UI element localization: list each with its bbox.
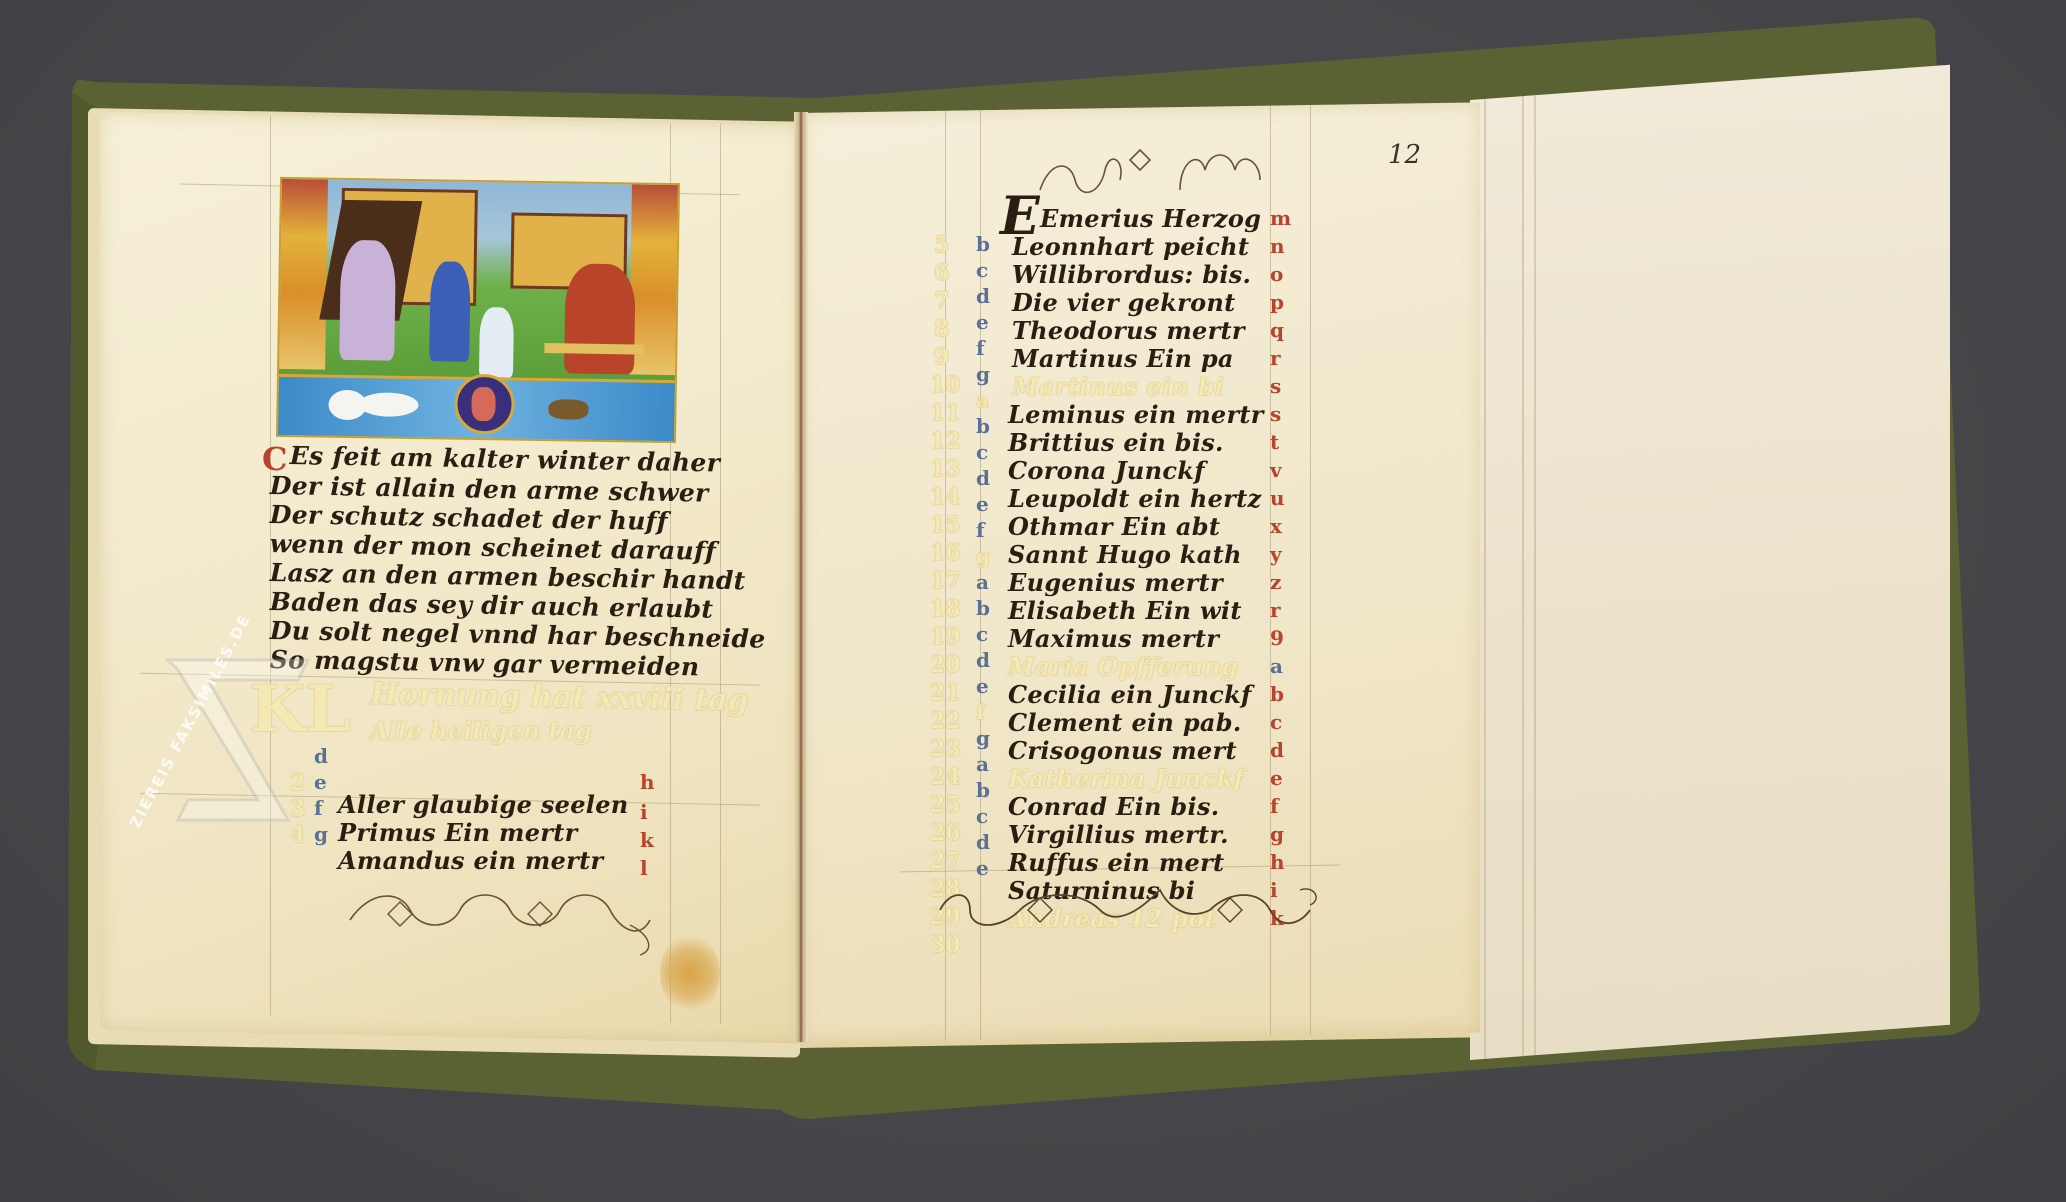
dominical-letter: c [976, 258, 988, 282]
day-numeral: 22 [930, 708, 961, 734]
rubric-letter: n [1270, 234, 1285, 258]
day-numeral: 26 [930, 820, 961, 846]
dominical-letter: d [976, 830, 990, 854]
winter-miniature-illustration [276, 177, 680, 443]
gold-month-heading: Hornung hat xxviii tag [370, 677, 749, 719]
dominical-letter: d [976, 284, 990, 308]
rubric-letter: a [1270, 654, 1283, 678]
calendar-entry: Willibrordus: bis. [1012, 260, 1251, 289]
dominical-letter: b [976, 232, 990, 256]
calendar-entry-gold: Martinus ein bi [1012, 372, 1224, 401]
dominical-letter: f [976, 700, 985, 724]
day-numeral: 9 [934, 344, 949, 370]
rubric-letter: s [1270, 402, 1281, 426]
old-woman-figure [339, 240, 396, 361]
dominical-letter: d [976, 466, 990, 490]
book-gutter [794, 112, 808, 1042]
lion-figure [548, 399, 588, 420]
rubric-letter: v [1270, 458, 1282, 482]
rubric-letter: r [1270, 346, 1281, 370]
calendar-entry: Cecilia ein Junckf [1008, 680, 1252, 709]
calendar-entry: Sannt Hugo kath [1008, 540, 1242, 569]
day-numeral: 5 [934, 232, 949, 258]
rubric-letter: o [1270, 262, 1283, 286]
rubric-letter: i [640, 800, 648, 824]
calendar-entry: Conrad Ein bis. [1008, 792, 1219, 821]
day-numeral: 18 [930, 596, 961, 622]
dominical-letter: b [976, 414, 990, 438]
dominical-letter: g [976, 726, 990, 750]
ornamental-border-left [279, 179, 328, 370]
rubric-letter: f [1270, 794, 1279, 818]
calendar-entry: Martinus Ein pa [1012, 344, 1234, 373]
dominical-letter: a [976, 388, 989, 412]
gold-feast-heading: Alle heiligen tag [370, 716, 592, 745]
rubric-letter: g [1270, 822, 1284, 846]
rubric-letter: 9 [1270, 626, 1284, 650]
rubric-letter: l [640, 856, 648, 880]
calendar-entry: Corona Junckf [1008, 456, 1205, 485]
dominical-letter: c [976, 804, 988, 828]
dominical-letter: a [976, 570, 989, 594]
day-numeral: 10 [930, 372, 961, 398]
day-numeral: 20 [930, 652, 961, 678]
calendar-entry: Amandus ein mertr [338, 846, 603, 875]
rubric-letter: r [1270, 598, 1281, 622]
rubric-letter: z [1270, 570, 1281, 594]
pen-flourish-header [1030, 140, 1270, 210]
rubric-letter: b [1270, 682, 1284, 706]
calendar-entry: Aller glaubige seelen [338, 790, 629, 819]
day-numeral: 15 [930, 512, 961, 538]
rubric-letter: h [640, 770, 655, 794]
calendar-entry: Emerius Herzog [1040, 204, 1261, 233]
folio-number: 12 [1388, 140, 1421, 170]
rubric-letter: t [1270, 430, 1279, 454]
pen-flourish-ornament [930, 870, 1330, 940]
day-numeral: 7 [934, 288, 949, 314]
calendar-entry: Elisabeth Ein wit [1008, 596, 1242, 625]
day-numeral: 13 [930, 456, 961, 482]
toddler-figure [479, 307, 514, 378]
day-numeral: 14 [930, 484, 961, 510]
rubric-letter: m [1270, 206, 1291, 230]
calendar-entry: Brittius ein bis. [1008, 428, 1224, 457]
calendar-entry: Leonnhart peicht [1012, 232, 1249, 261]
woman-in-red-figure [564, 263, 636, 374]
dominical-letter: a [976, 752, 989, 776]
day-numeral: 6 [934, 260, 949, 286]
rubric-letter: p [1270, 290, 1284, 314]
day-numeral: 11 [930, 400, 961, 426]
day-numeral: 16 [930, 540, 961, 566]
rubric-letter: k [640, 828, 654, 852]
calendar-entry-gold: Maria Opfferung [1008, 652, 1238, 681]
rubric-letter: d [1270, 738, 1284, 762]
dominical-letter: g [976, 544, 990, 568]
rubric-letter: y [1270, 542, 1282, 566]
day-numeral: 24 [930, 764, 961, 790]
calendar-entry: Leminus ein mertr [1008, 400, 1264, 429]
dominical-letter: d [976, 648, 990, 672]
dominical-letter: c [976, 440, 988, 464]
rubric-letter: e [1270, 766, 1283, 790]
calendar-entry-gold: Katherina Junckf [1008, 764, 1244, 793]
dominical-letter: c [976, 622, 988, 646]
calendar-entry: Othmar Ein abt [1008, 512, 1220, 541]
calendar-entry: Maximus mertr [1008, 624, 1219, 653]
rubric-letter: u [1270, 486, 1285, 510]
day-numeral: 19 [930, 624, 961, 650]
dominical-letter: e [976, 674, 989, 698]
day-numeral: 8 [934, 316, 949, 342]
child-figure [429, 261, 471, 362]
fold-out-blank-leaf [1470, 65, 1950, 1060]
day-numeral: 21 [930, 680, 961, 706]
rubric-letter: c [1270, 710, 1282, 734]
calendar-entry: Die vier gekront [1012, 288, 1236, 317]
calendar-entry: Virgillius mertr. [1008, 820, 1229, 849]
dominical-letter: b [976, 596, 990, 620]
dominical-letter: f [976, 518, 985, 542]
calendar-entry: Crisogonus mert [1008, 736, 1237, 765]
dominical-letter: g [976, 362, 990, 386]
day-numeral: 17 [930, 568, 961, 594]
dominical-letter: f [976, 336, 985, 360]
work-bench [544, 343, 644, 355]
calendar-entry: Leupoldt ein hertz [1008, 484, 1261, 513]
pen-flourish-ornament [340, 880, 670, 960]
calendar-entry: Eugenius mertr [1008, 568, 1223, 597]
rubric-letter: q [1270, 318, 1284, 342]
dominical-letter: e [976, 310, 989, 334]
rubric-letter: s [1270, 374, 1281, 398]
day-numeral: 12 [930, 428, 961, 454]
calendar-entry: Clement ein pab. [1008, 708, 1242, 737]
day-numeral: 23 [930, 736, 961, 762]
calendar-entry: Primus Ein mertr [338, 818, 578, 847]
dominical-letter: e [976, 492, 989, 516]
day-numeral: 25 [930, 792, 961, 818]
dominical-letter: b [976, 778, 990, 802]
rubric-letter: x [1270, 514, 1282, 538]
calendar-entry: Theodorus mertr [1012, 316, 1245, 345]
